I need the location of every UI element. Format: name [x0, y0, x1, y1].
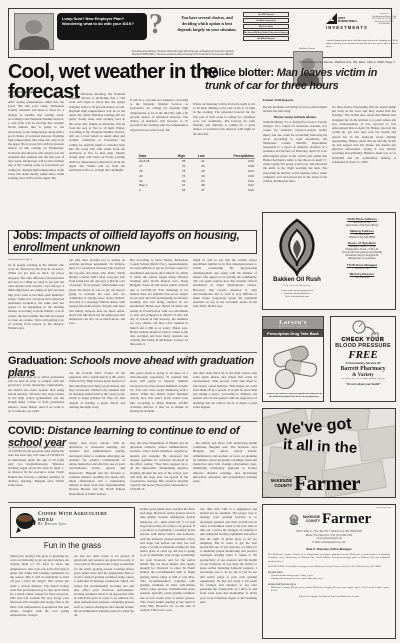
masthead-farmer: Farmer — [322, 511, 371, 528]
police-blotter-label: Police blotter: — [205, 67, 277, 79]
coffee-headline: Fun in the grass — [10, 541, 135, 550]
masthead-deadlines: Classified advertising copy: Friday, 5 p… — [271, 574, 390, 581]
advisor-photo-left — [14, 13, 54, 50]
police-intro: Recent incidents involving local law enf… — [263, 105, 327, 113]
usps-number: USPS (336-740) — [376, 507, 391, 510]
jobs-continued: (Continued from Page 1) — [8, 258, 64, 261]
first-international-logo: 1 FIRST INTERNATIONAL INVESTMENTS — [326, 13, 368, 30]
bakken-director-phone: 701-339-6188 — [331, 276, 393, 279]
bakken-mailing: PO Box 2901 Watford City, ND 58854 — [331, 233, 393, 239]
masthead-official: Official Newspaper Of Watford City And M… — [263, 595, 395, 598]
larsen-footer: Bring in your unused or old prescription… — [266, 393, 322, 399]
masthead-address: 100 N. Main St. • P.O. Box 587 • Watford… — [263, 530, 395, 544]
hand-wheat-icon — [287, 514, 301, 526]
masthead-editor: Neal A. Shipman, Editor-Manager — [263, 547, 395, 551]
larsen-drug-ad[interactable]: Larsen's SERVICE DRUG Prescription Drug … — [262, 316, 324, 402]
covid-label: COVID: — [8, 425, 47, 437]
coffee-with-ag-masthead: Coffee With Agriculture NDSU By Devan Le… — [10, 507, 135, 538]
securities-disclosure-2: Member FINRA/SIPC. Insurance products of… — [67, 53, 299, 56]
barrett-pharmacy-ad[interactable]: CHECK YOUR BLOOD PRESSURE FREE A Communi… — [330, 316, 396, 402]
banner-question-bubble: Lump Sum? New Employer Plan? Wondering w… — [57, 13, 147, 40]
coffee-col-1: Spring has sprung! The grass is greening… — [10, 554, 69, 638]
jobs-col-4: might be safe to say that the current sc… — [193, 258, 257, 350]
bakken-manager-phone: 701-651-7391 — [331, 267, 393, 270]
bakken-oil-rush-ad[interactable]: Bakken Oil Rush City Church Ministry E-m… — [262, 212, 396, 310]
graduation-continued: (Continued from Page 1) — [8, 370, 64, 373]
masthead-paragraph: The McKenzie County Farmer is an indepen… — [268, 553, 390, 563]
covid-col-1: ly prevented hundreds of additional case… — [8, 445, 64, 498]
bakken-hours: Tuesdays: Noon - 7 p.m. Wednesdays: Noon… — [331, 245, 393, 260]
financial-plan-text: A sound financial plan starts with knowi… — [326, 40, 398, 49]
pills-illustration — [269, 345, 319, 385]
farmer-promo-ad[interactable]: We've got it all in the McKENZIE COUNTY … — [262, 408, 396, 498]
weather-col-3: It will be a cool and wet weekend, accor… — [130, 98, 188, 150]
police-col-1: Recent incidents involving local law enf… — [263, 105, 327, 210]
weather-col-1: After seeing temperatures climb into the… — [8, 100, 64, 228]
barrett-contact: 701-842-2314 • 145 N. Main, Watford City… — [331, 378, 395, 381]
barrett-service-text: A Community Service Of — [331, 361, 395, 365]
larsen-title: Prescription Drug Take Back — [263, 330, 323, 337]
weather-byline: By Neal A. Shipman Farmer Editor — [8, 90, 64, 98]
graduation-label: Graduation: — [8, 355, 70, 367]
police-byline: Farmer Staff Reports — [263, 98, 293, 102]
bakken-thrift-address: 600 12th St. NE (Just North of the Post … — [331, 221, 393, 227]
masthead-postmaster: POSTMASTER: Send address changes to the … — [268, 565, 390, 568]
question-mark-icon: ? — [149, 9, 163, 41]
blood-pressure-cuff-icon — [349, 319, 379, 339]
covid-col-3: tion, the state Department of Health and… — [130, 441, 188, 498]
section-rule — [8, 502, 257, 503]
newspaper-page: Randy Duda Lump Sum? New Employer Plan? … — [0, 0, 400, 643]
brand-farmer: Farmer — [294, 471, 360, 496]
covid-col-4: - the elderly and those with underlying … — [193, 441, 257, 498]
farmer-brand-lockup: McKENZIE COUNTY Farmer — [271, 471, 360, 496]
masthead-county: COUNTY — [303, 520, 320, 524]
byline-title: Farmer Editor — [8, 94, 64, 98]
bakken-contact: E-mail: bakkenoilrush@gmail.com Facebook… — [265, 290, 329, 299]
section-rule — [8, 421, 257, 422]
section-rule — [8, 352, 257, 353]
jobs-headline: Impacts of oilfield layoffs on housing, … — [13, 230, 240, 254]
larsen-name: Larsen's — [263, 319, 323, 326]
banner-center-text: You have several choices, and deciding w… — [175, 15, 239, 33]
masthead-box: USPS (336-740) McKENZIE COUNTY Farmer 10… — [262, 504, 396, 639]
larsen-sub: SERVICE DRUG — [263, 326, 323, 328]
police-blotter-article: Police blotter: Man leaves victim in tru… — [205, 67, 396, 212]
weather-col-2: But by Thursday morning, the National We… — [69, 92, 125, 228]
brand-name-text: INVESTMENTS — [326, 25, 368, 30]
covid-col-2: simply shut down schools with no alterna… — [69, 441, 125, 498]
jobs-col-3: But according to Steve Holen, McKenzie C… — [130, 258, 188, 350]
jobs-headline-box: Jobs: Impacts of oilfield layoffs on hou… — [8, 230, 257, 254]
jobs-col-2: ple who have decided not to pursue an ex… — [69, 258, 125, 350]
graduation-col-1: haven't been ready as to where graduatio… — [8, 375, 64, 419]
located-at-text: Located At: First International Bank & T… — [369, 13, 399, 26]
banner-disclaimer-list: Not FDIC Insured Not Bank Guaranteed May… — [243, 12, 289, 42]
graduation-col-3: this year's prom is going to be more of … — [130, 371, 188, 419]
coffee-col-2: are just not quite ready to be grazed. I… — [74, 554, 134, 638]
police-subhead: Hunter facing multiple felonies — [263, 115, 327, 119]
disclaimer-item: Not FDIC Insured — [243, 12, 289, 17]
disclaimer-item: Not Bank Guaranteed — [243, 18, 289, 23]
coffee-col-4: cise time line. This is a suggestion and… — [200, 507, 257, 638]
brand-top-text: FIRST INTERNATIONAL — [338, 18, 357, 24]
disclaimer-item: Not A Bank Deposit — [243, 36, 289, 41]
brand-county: COUNTY — [271, 484, 292, 488]
police-col-2: for three hours, threatening 'that he wo… — [332, 105, 396, 210]
disclaimer-item: May Lose Value — [243, 24, 289, 29]
graduation-col-2: use the football field.' Forget all the … — [69, 371, 125, 419]
barrett-free: FREE — [331, 349, 395, 361]
coffee-cup-icon — [14, 511, 36, 535]
bakken-tagline: City Church Ministry — [265, 285, 329, 287]
masthead-brand: McKENZIE COUNTY Farmer — [263, 511, 395, 528]
flame-logo-icon — [271, 218, 323, 276]
coffee-col-3: sirable grass plants have reached the th… — [140, 507, 195, 638]
masthead-subs: McKenzie County, $39 per year; outside M… — [271, 586, 390, 593]
bakken-name: Bakken Oil Rush — [265, 277, 329, 283]
disclaimer-item: Not Insured By Any Federal Government Ag… — [243, 30, 289, 35]
barrett-tagline: "We care about your health" — [331, 382, 395, 386]
number-one-icon: 1 — [326, 13, 337, 24]
police-col1-text: William Hunter, 51, is facing five Class… — [263, 120, 327, 198]
advisor-caption-left: Randy Duda — [12, 49, 54, 51]
investments-banner-ad[interactable]: Randy Duda Lump Sum? New Employer Plan? … — [8, 8, 392, 58]
jobs-label: Jobs: — [13, 230, 45, 242]
jobs-col-1: lot of people working in the oilfield wh… — [8, 263, 64, 350]
coffee-byline: By Devan Leo — [38, 522, 134, 526]
covid-continued: (Continued from Page 1) — [8, 440, 64, 443]
graduation-col-4: and their dates drive up to the high sch… — [193, 371, 257, 419]
